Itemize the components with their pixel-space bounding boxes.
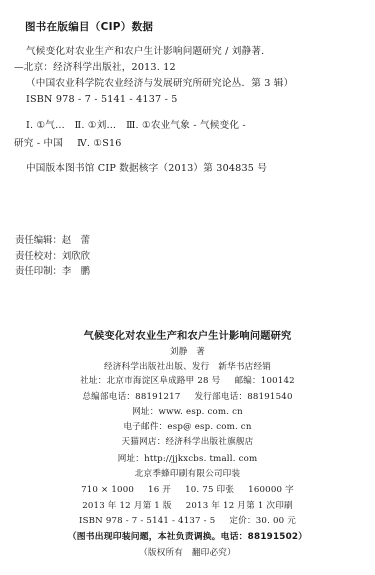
- classification-line-2: 研究 - 中国Ⅳ. ①S16: [14, 138, 122, 150]
- cip-series-line: （中国农业科学院农业经济与发展研究所研究论丛．第 3 辑）: [26, 78, 293, 90]
- folio: 16 开: [148, 485, 171, 495]
- address-label: 社址：: [80, 376, 106, 386]
- website-line: 网址：www. esp. com. cn: [0, 407, 375, 418]
- printed-sheets: 10. 75 印张: [185, 485, 234, 495]
- tmall-url-line: 网址：http://jjkxcbs. tmall. com: [0, 454, 375, 465]
- isbn-price-line: ISBN 978 - 7 - 5141 - 4137 - 5定价：30. 00 …: [0, 516, 375, 527]
- cip-title-line: 气候变化对农业生产和农户生计影响问题研究 / 刘静著.: [26, 46, 264, 58]
- staff-proofreader: 责任校对：刘欣欣: [15, 249, 90, 265]
- website-value: www. esp. com. cn: [159, 407, 243, 417]
- staff-name: 刘欣欣: [62, 251, 90, 262]
- staff-role: 责任印制：: [15, 266, 62, 277]
- phones-line: 总编部电话：88191217发行部电话：88191540: [0, 392, 375, 403]
- classification-subject: 研究 - 中国: [14, 138, 63, 149]
- tmall-store: 经济科学出版社旗舰店: [166, 437, 254, 447]
- email-line: 电子邮件：esp@ esp. com. cn: [0, 422, 375, 433]
- format-line: 710 × 100016 开10. 75 印张160000 字: [0, 485, 375, 496]
- postcode-label: 邮编：: [234, 376, 260, 386]
- editorial-phone: 88191217: [135, 392, 180, 402]
- staff-name: 赵 蕾: [62, 235, 90, 246]
- word-count: 160000 字: [248, 485, 294, 495]
- editorial-phone-label: 总编部电话：: [82, 392, 135, 402]
- distribution-phone-label: 发行部电话：: [195, 392, 248, 402]
- address-value: 北京市海淀区阜成路甲 28 号: [107, 376, 221, 386]
- printer-line: 北京季蜂印刷有限公司印装: [0, 469, 375, 480]
- email-label: 电子邮件：: [123, 422, 167, 432]
- tmall-url-label: 网址：: [118, 454, 144, 464]
- website-label: 网址：: [132, 407, 158, 417]
- postcode-value: 100142: [261, 376, 295, 386]
- staff-print-supervisor: 责任印制：李 鹏: [15, 264, 90, 280]
- edition: 2013 年 12 月第 1 版: [82, 501, 172, 511]
- email-value: esp@ esp. com. cn: [167, 422, 251, 432]
- staff-name: 李 鹏: [62, 266, 90, 277]
- classification-line-1: Ⅰ. ①气… Ⅱ. ①刘… Ⅲ. ①农业气象 - 气候变化 -: [26, 120, 246, 132]
- rights-notice: （版权所有 翻印必究）: [0, 548, 375, 559]
- book-author: 刘静 著: [0, 347, 375, 358]
- tmall-label: 天猫网店：: [122, 437, 166, 447]
- publisher-line: 经济科学出版社出版、发行 新华书店经销: [0, 362, 375, 373]
- book-title: 气候变化对农业生产和农户生计影响问题研究: [0, 331, 375, 342]
- tmall-line: 天猫网店：经济科学出版社旗舰店: [0, 437, 375, 448]
- staff-credits: 责任编辑：赵 蕾 责任校对：刘欣欣 责任印制：李 鹏: [15, 233, 90, 280]
- price: 30. 00 元: [256, 516, 296, 526]
- address-line: 社址：北京市海淀区阜成路甲 28 号邮编：100142: [0, 376, 375, 387]
- cip-record-number: 中国版本图书馆 CIP 数据核字（2013）第 304835 号: [26, 163, 267, 175]
- staff-editor: 责任编辑：赵 蕾: [15, 233, 90, 249]
- edition-line: 2013 年 12 月第 1 版2013 年 12 月第 1 次印刷: [0, 501, 375, 512]
- classification-code: Ⅳ. ①S16: [77, 138, 121, 149]
- format-size: 710 × 1000: [81, 485, 134, 495]
- isbn: ISBN 978 - 7 - 5141 - 4137 - 5: [79, 516, 215, 526]
- price-label: 定价：: [229, 516, 255, 526]
- cip-isbn-line: ISBN 978 - 7 - 5141 - 4137 - 5: [26, 94, 178, 106]
- staff-role: 责任校对：: [15, 251, 62, 262]
- copyright-page: 图书在版编目（CIP）数据 气候变化对农业生产和农户生计影响问题研究 / 刘静著…: [0, 0, 375, 575]
- print-defect-notice: （图书出现印装问题，本社负责调换。电话：88191502）: [0, 532, 375, 543]
- distribution-phone: 88191540: [247, 392, 292, 402]
- staff-role: 责任编辑：: [15, 235, 62, 246]
- cip-publisher-line: —北京：经济科学出版社，2013. 12: [14, 62, 176, 74]
- printing: 2013 年 12 月第 1 次印刷: [186, 501, 293, 511]
- tmall-url: http://jjkxcbs. tmall. com: [144, 454, 257, 464]
- cip-heading: 图书在版编目（CIP）数据: [25, 19, 153, 34]
